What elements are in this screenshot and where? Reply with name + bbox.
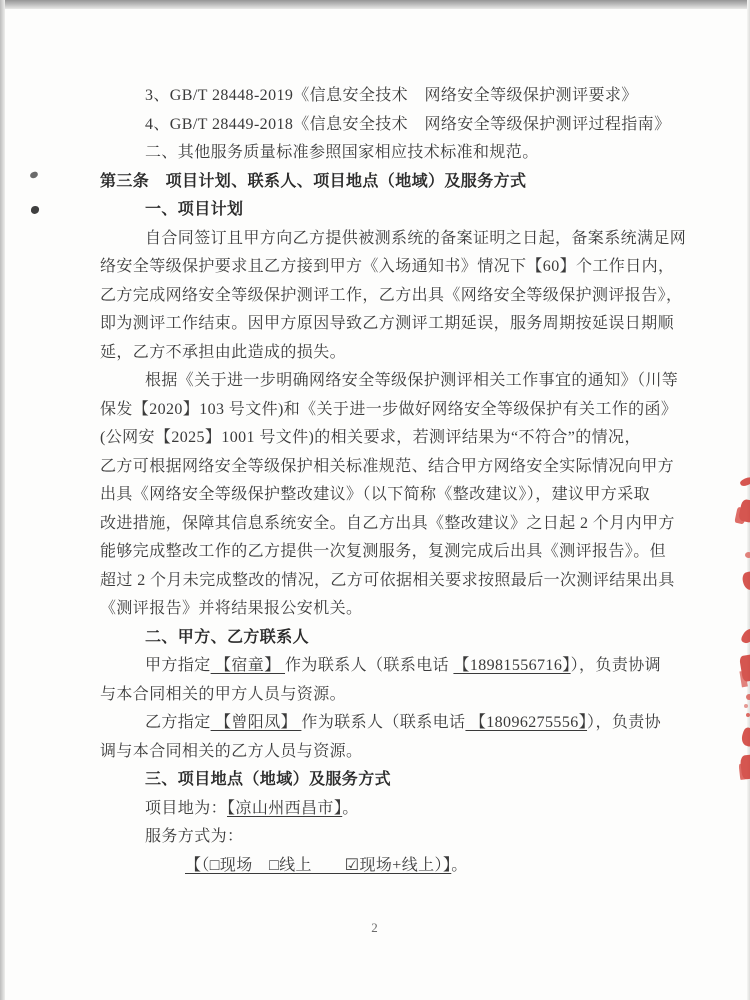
text-segment: 即为测评工作结束。因甲方原因导致乙方测评工期延误，服务周期按延误日期顺 — [100, 315, 674, 332]
page-number: 2 — [0, 920, 750, 936]
text-segment: 。 — [342, 800, 358, 817]
binding-mark — [29, 171, 38, 179]
red-seal-fragment — [740, 626, 750, 645]
text-segment: 乙方可根据网络安全等级保护相关标准规范、结合甲方网络安全实际情况向甲方 — [100, 458, 674, 475]
text-segment: 4、GB/T 28449-2018《信息安全技术 网络安全等级保护测评过程指南》 — [145, 116, 671, 133]
text-segment: 延，乙方不承担由此造成的损失。 — [100, 344, 346, 361]
red-seal-fragment — [745, 552, 750, 558]
text-line: 即为测评工作结束。因甲方原因导致乙方测评工期延误，服务周期按延误日期顺 — [100, 310, 662, 339]
text-segment: 保发【2020】103 号文件)和《关于进一步做好网络安全等级保护有关工作的函》 — [100, 401, 677, 418]
text-segment: 络安全等级保护要求且乙方接到甲方《入场通知书》情况下【60】个工作日内， — [100, 258, 674, 275]
scan-left-edge — [0, 0, 5, 1000]
text-line: 超过 2 个月未完成整改的情况，乙方可依据相关要求按照最后一次测评结果出具 — [100, 567, 662, 596]
text-segment: 。 — [451, 857, 467, 874]
text-block: 3、GB/T 28448-2019《信息安全技术 网络安全等级保护测评要求》4、… — [100, 82, 662, 880]
text-line: (公网安【2025】1001 号文件)的相关要求，若测评结果为“不符合”的情况， — [100, 424, 662, 453]
scan-top-edge — [0, 0, 750, 9]
text-line: 与本合同相关的甲方人员与资源。 — [100, 681, 662, 710]
red-seal-fragment — [738, 499, 750, 524]
text-segment: 二、甲方、乙方联系人 — [145, 629, 309, 646]
text-segment: 服务方式为： — [145, 828, 243, 845]
text-line: 出具《网络安全等级保护整改建议》（以下简称《整改建议》），建议甲方采取 — [100, 481, 662, 510]
text-line: 第三条 项目计划、联系人、项目地点（地域）及服务方式 — [100, 168, 662, 197]
scanned-contract-page: 3、GB/T 28448-2019《信息安全技术 网络安全等级保护测评要求》4、… — [0, 0, 750, 1000]
text-line: 二、其他服务质量标准参照国家相应技术标准和规范。 — [100, 139, 662, 168]
red-seal-fragment — [746, 694, 750, 700]
text-segment: 能够完成整改工作的乙方提供一次复测服务，复测完成后出具《测评报告》。但 — [100, 543, 666, 560]
underlined-fill-in: 【18096275556】 — [465, 714, 587, 731]
text-line: 项目地为：【凉山州西昌市】。 — [100, 795, 662, 824]
text-segment: ），负责协调 — [571, 657, 661, 674]
text-line: 络安全等级保护要求且乙方接到甲方《入场通知书》情况下【60】个工作日内， — [100, 253, 662, 282]
text-segment: 作为联系人（联系电话 — [285, 657, 453, 674]
text-segment: 出具《网络安全等级保护整改建议》（以下简称《整改建议》），建议甲方采取 — [100, 486, 650, 503]
text-segment: ），负责协 — [587, 714, 661, 731]
text-line: 改进措施，保障其信息系统安全。自乙方出具《整改建议》之日起 2 个月内甲方 — [100, 510, 662, 539]
text-line: 【（□现场 □线上 ☑现场+线上）】。 — [100, 852, 662, 881]
text-line: 乙方完成网络安全等级保护测评工作，乙方出具《网络安全等级保护测评报告》， — [100, 282, 662, 311]
binding-mark — [30, 205, 39, 214]
text-segment: (公网安【2025】1001 号文件)的相关要求，若测评结果为“不符合”的情况， — [100, 429, 641, 446]
text-segment: 三、项目地点（地域）及服务方式 — [145, 771, 391, 788]
text-line: 乙方指定 【曾阳凤】 作为联系人（联系电话 【18096275556】），负责协 — [100, 709, 662, 738]
text-segment: 《测评报告》并将结果报公安机关。 — [100, 600, 362, 617]
text-line: 保发【2020】103 号文件)和《关于进一步做好网络安全等级保护有关工作的函》 — [100, 396, 662, 425]
text-line: 延，乙方不承担由此造成的损失。 — [100, 339, 662, 368]
text-line: 4、GB/T 28449-2018《信息安全技术 网络安全等级保护测评过程指南》 — [100, 111, 662, 140]
text-segment: 根据《关于进一步明确网络安全等级保护测评相关工作事宜的通知》（川等 — [145, 372, 678, 389]
text-line: 调与本合同相关的乙方人员与资源。 — [100, 738, 662, 767]
text-segment: 乙方指定 — [145, 714, 211, 731]
text-line: 根据《关于进一步明确网络安全等级保护测评相关工作事宜的通知》（川等 — [100, 367, 662, 396]
text-segment: 作为联系人（联系电话 — [301, 714, 465, 731]
text-segment: 甲方指定 — [145, 657, 211, 674]
text-line: 3、GB/T 28448-2019《信息安全技术 网络安全等级保护测评要求》 — [100, 82, 662, 111]
text-line: 三、项目地点（地域）及服务方式 — [100, 766, 662, 795]
text-line: 能够完成整改工作的乙方提供一次复测服务，复测完成后出具《测评报告》。但 — [100, 538, 662, 567]
text-line: 甲方指定 【宿童】 作为联系人（联系电话 【18981556716】），负责协调 — [100, 652, 662, 681]
text-segment: 乙方完成网络安全等级保护测评工作，乙方出具《网络安全等级保护测评报告》， — [100, 287, 682, 304]
text-line: 一、项目计划 — [100, 196, 662, 225]
text-segment: 第三条 项目计划、联系人、项目地点（地域）及服务方式 — [100, 173, 526, 190]
text-line: 自合同签订且甲方向乙方提供被测系统的备案证明之日起，备案系统满足网 — [100, 225, 662, 254]
red-seal-fragment — [739, 654, 750, 682]
text-segment: 二、其他服务质量标准参照国家相应技术标准和规范。 — [145, 144, 539, 161]
red-seal-fragment — [740, 754, 750, 779]
text-line: 《测评报告》并将结果报公安机关。 — [100, 595, 662, 624]
underlined-fill-in: 【（□现场 □线上 ☑现场+线上）】 — [185, 857, 451, 874]
text-line: 乙方可根据网络安全等级保护相关标准规范、结合甲方网络安全实际情况向甲方 — [100, 453, 662, 482]
text-segment: 改进措施，保障其信息系统安全。自乙方出具《整改建议》之日起 2 个月内甲方 — [100, 515, 675, 532]
underlined-fill-in: 【18981556716】 — [453, 657, 570, 674]
underlined-fill-in: 【宿童】 — [211, 657, 285, 674]
text-line: 二、甲方、乙方联系人 — [100, 624, 662, 653]
text-segment: 3、GB/T 28448-2019《信息安全技术 网络安全等级保护测评要求》 — [145, 87, 638, 104]
text-segment: 调与本合同相关的乙方人员与资源。 — [100, 743, 362, 760]
text-segment: 项目地为： — [145, 800, 227, 817]
red-seal-fragment — [740, 726, 750, 747]
text-segment: 自合同签订且甲方向乙方提供被测系统的备案证明之日起，备案系统满足网 — [145, 230, 686, 247]
text-segment: 超过 2 个月未完成整改的情况，乙方可依据相关要求按照最后一次测评结果出具 — [100, 572, 675, 589]
text-segment: 一、项目计划 — [145, 201, 243, 218]
underlined-fill-in: 【凉山州西昌市】 — [227, 800, 342, 817]
underlined-fill-in: 【曾阳凤】 — [211, 714, 302, 731]
red-seal-fragment — [741, 571, 750, 591]
text-line: 服务方式为： — [100, 823, 662, 852]
text-segment: 与本合同相关的甲方人员与资源。 — [100, 686, 346, 703]
